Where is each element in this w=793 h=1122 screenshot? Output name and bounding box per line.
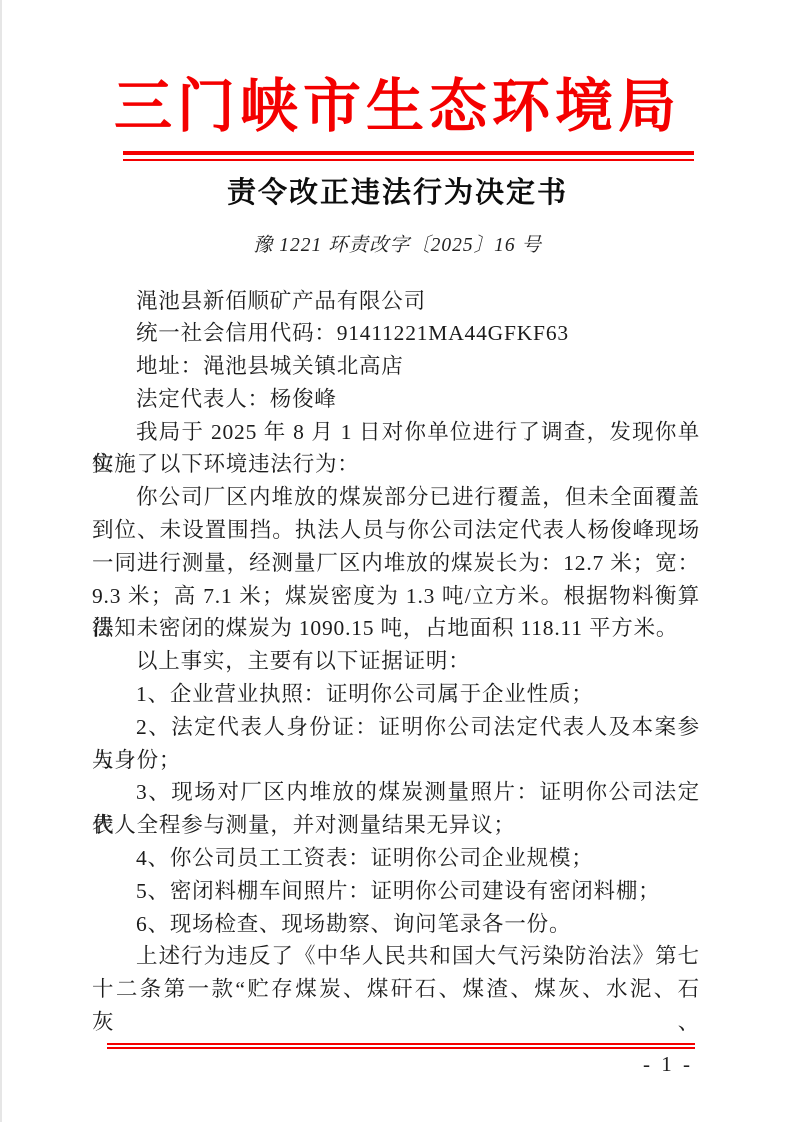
body-line: 我局于 2025 年 8 月 1 日对你单位进行了调查，发现你单位 <box>92 416 700 449</box>
body-line: 9.3 米；高 7.1 米；煤炭密度为 1.3 吨/立方米。根据物料衡算法 <box>92 580 700 613</box>
body-line: 人身份； <box>92 744 700 777</box>
document-title: 责令改正违法行为决定书 <box>2 175 793 211</box>
body-line: 5、密闭料棚车间照片：证明你公司建设有密闭料棚； <box>92 875 700 908</box>
body-line: 实施了以下环境违法行为： <box>92 448 700 481</box>
body-line: 1、企业营业执照：证明你公司属于企业性质； <box>92 678 700 711</box>
header-rule <box>123 151 694 161</box>
body-line: 法定代表人：杨俊峰 <box>92 383 700 416</box>
page-number: - 1 - <box>643 1051 693 1077</box>
body-line: 渑池县新佰顺矿产品有限公司 <box>92 285 700 318</box>
body-line: 你公司厂区内堆放的煤炭部分已进行覆盖，但未全面覆盖 <box>92 481 700 514</box>
document-number: 豫 1221 环责改字〔2025〕16 号 <box>2 233 793 259</box>
body-line: 十二条第一款“贮存煤炭、煤矸石、煤渣、煤灰、水泥、石灰、 <box>92 973 700 1006</box>
document-page: 三门峡市生态环境局 责令改正违法行为决定书 豫 1221 环责改字〔2025〕1… <box>0 0 793 1122</box>
document-body: 渑池县新佰顺矿产品有限公司统一社会信用代码：91411221MA44GFKF63… <box>92 285 700 1007</box>
body-line: 得知未密闭的煤炭为 1090.15 吨，占地面积 118.11 平方米。 <box>92 612 700 645</box>
body-line: 统一社会信用代码：91411221MA44GFKF63 <box>92 317 700 350</box>
agency-name: 三门峡市生态环境局 <box>2 76 793 138</box>
body-line: 6、现场检查、现场勘察、询问笔录各一份。 <box>92 908 700 941</box>
body-line: 4、你公司员工工资表：证明你公司企业规模； <box>92 842 700 875</box>
body-line: 一同进行测量，经测量厂区内堆放的煤炭长为：12.7 米；宽： <box>92 547 700 580</box>
body-line: 表人全程参与测量，并对测量结果无异议； <box>92 809 700 842</box>
body-line: 以上事实，主要有以下证据证明： <box>92 645 700 678</box>
body-line: 3、现场对厂区内堆放的煤炭测量照片：证明你公司法定代 <box>92 776 700 809</box>
body-line: 2、法定代表人身份证：证明你公司法定代表人及本案参与 <box>92 711 700 744</box>
footer-rule <box>107 1043 695 1049</box>
body-line: 上述行为违反了《中华人民共和国大气污染防治法》第七 <box>92 940 700 973</box>
body-line: 地址：渑池县城关镇北高店 <box>92 350 700 383</box>
body-line: 到位、未设置围挡。执法人员与你公司法定代表人杨俊峰现场 <box>92 514 700 547</box>
